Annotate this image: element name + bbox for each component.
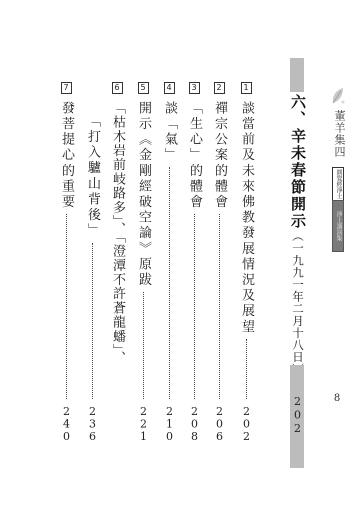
dotted-leader	[169, 167, 170, 398]
chapter-title: 六、辛未春節開示（一九九一年二月十八日）	[289, 94, 307, 375]
toc-entry-5: 5 開示《金剛經破空論》原跋 221	[135, 82, 151, 442]
chapter-title-text: 六、辛未春節開示	[289, 94, 307, 230]
entry-number-box: 2	[214, 82, 225, 94]
entry-page-number: 236	[85, 405, 99, 443]
entry-page-number: 208	[187, 405, 201, 443]
dotted-leader	[92, 243, 93, 399]
toc-entry-3: 3 「生心」的體會 208	[186, 82, 202, 442]
leaf-icon	[330, 86, 346, 106]
entry-number-box: 6	[112, 82, 123, 94]
toc-entry-1: 1 談當前及未來佛教發展情況及展望 202	[238, 82, 254, 442]
entry-title: 開示《金剛經破空論》原跋	[135, 101, 151, 288]
dotted-leader	[143, 292, 144, 398]
dotted-leader	[219, 214, 220, 398]
toc-entry-2: 2 禪宗公案的體會 206	[211, 82, 227, 442]
chapter-date: （一九九一年二月十八日）	[291, 230, 305, 375]
entry-page-number: 240	[59, 405, 73, 443]
entry-title: 禪宗公案的體會	[211, 101, 227, 210]
chapter-page-bar: 202	[290, 365, 304, 468]
entry-title: 「枯木岩前岐路多」、「澄潭不許蒼龍蟠」、	[109, 101, 125, 366]
book-title: 董羊集四	[332, 110, 346, 158]
toc-entry-6-line-1: 6 「枯木岩前岐路多」、「澄潭不許蒼龍蟠」、	[109, 82, 125, 366]
section-label-box: 淨土講演集	[332, 200, 344, 252]
dotted-leader	[66, 214, 67, 398]
entry-page-number: 206	[212, 405, 226, 443]
entry-page-number: 221	[136, 405, 150, 443]
entry-title: 發菩提心的重要	[58, 101, 74, 210]
dotted-leader	[194, 214, 195, 398]
entry-page-number: 202	[239, 405, 253, 443]
entry-number-box: 1	[241, 82, 252, 94]
chapter-page-number: 202	[290, 395, 304, 468]
chapter-marker-bar	[290, 58, 304, 92]
entry-title: 「生心」的體會	[186, 101, 202, 210]
page-number: 8	[331, 393, 343, 404]
toc-entry-7: 7 發菩提心的重要 240	[58, 82, 74, 442]
entry-number-box: 3	[189, 82, 200, 94]
series-label-box: 圓覺經淨土	[332, 167, 344, 201]
entry-title-continued: 「打入驢山背後」	[84, 114, 100, 239]
entry-page-number: 210	[162, 405, 176, 443]
entry-title: 談「氣」	[161, 101, 177, 163]
entry-number-box: 5	[138, 82, 149, 94]
entry-number-box: 4	[164, 82, 175, 94]
entry-number-box: 7	[61, 82, 72, 94]
entry-title: 談當前及未來佛教發展情況及展望	[238, 101, 254, 335]
toc-entry-6-line-2: 「打入驢山背後」 236	[84, 82, 100, 442]
toc-entry-4: 4 談「氣」 210	[161, 82, 177, 442]
dotted-leader	[246, 339, 247, 399]
